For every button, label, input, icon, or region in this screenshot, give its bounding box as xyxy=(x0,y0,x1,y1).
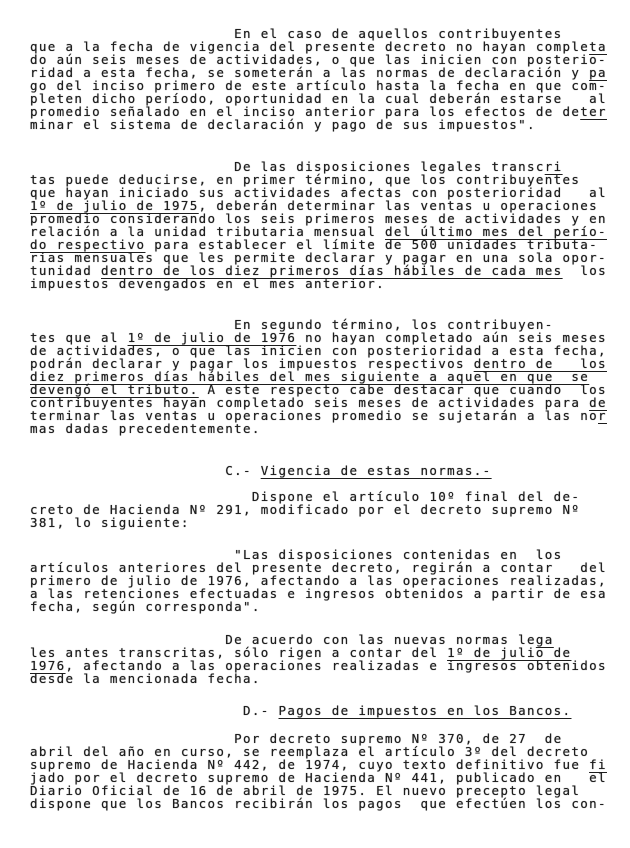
para-de-acuerdo: De acuerdo con las nuevas normas legales… xyxy=(30,633,630,685)
para-dispone-articulo-10: Dispone el artículo 10º final del de-cre… xyxy=(30,490,630,529)
para-transitorio-quote: En el caso de aquellos contribuyentesque… xyxy=(30,27,630,131)
para-decreto-370: Por decreto supremo Nº 370, de 27 deabri… xyxy=(30,732,630,810)
document-line: minar el sistema de declaración y pago d… xyxy=(30,118,630,131)
underlined-text: Pagos de impuestos en los Bancos. xyxy=(279,703,572,718)
heading-c-vigencia: C.- Vigencia de estas normas.- xyxy=(30,464,630,477)
para-primer-termino: De las disposiciones legales transcritas… xyxy=(30,160,630,290)
underlined-text: ter xyxy=(580,104,607,119)
underlined-text: r xyxy=(598,408,607,423)
document-line: desde la mencionada fecha. xyxy=(30,672,630,685)
document-line: C.- Vigencia de estas normas.- xyxy=(30,464,630,477)
text-segment: dispone que los Bancos recibirán los pag… xyxy=(30,796,607,811)
text-segment: D.- xyxy=(30,703,279,718)
underlined-text: Vigencia de estas normas.- xyxy=(261,463,492,478)
text-segment: minar el sistema de declaración y pago d… xyxy=(30,117,536,132)
text-segment: los xyxy=(563,263,607,278)
text-segment: desde la mencionada fecha. xyxy=(30,671,261,686)
document-line: D.- Pagos de impuestos en los Bancos. xyxy=(30,704,630,717)
document-line: mas dadas precedentemente. xyxy=(30,422,630,435)
document-text: En el caso de aquellos contribuyentesque… xyxy=(0,0,630,810)
text-segment: C.- xyxy=(30,463,261,478)
scanned-document-page: En el caso de aquellos contribuyentesque… xyxy=(0,0,630,848)
document-line: fecha, según corresponda". xyxy=(30,600,630,613)
heading-d-pagos: D.- Pagos de impuestos en los Bancos. xyxy=(30,704,630,717)
text-segment: impuestos devengados en el mes anterior. xyxy=(30,276,385,291)
document-line: impuestos devengados en el mes anterior. xyxy=(30,277,630,290)
para-quote-disposiciones: "Las disposiciones contenidas en losartí… xyxy=(30,548,630,613)
para-segundo-termino: En segundo término, los contribuyen-tes … xyxy=(30,318,630,435)
document-line: dispone que los Bancos recibirán los pag… xyxy=(30,797,630,810)
document-line: 381, lo siguiente: xyxy=(30,516,630,529)
text-segment: fecha, según corresponda". xyxy=(30,599,261,614)
text-segment: mas dadas precedentemente. xyxy=(30,421,261,436)
text-segment: 381, lo siguiente: xyxy=(30,515,190,530)
